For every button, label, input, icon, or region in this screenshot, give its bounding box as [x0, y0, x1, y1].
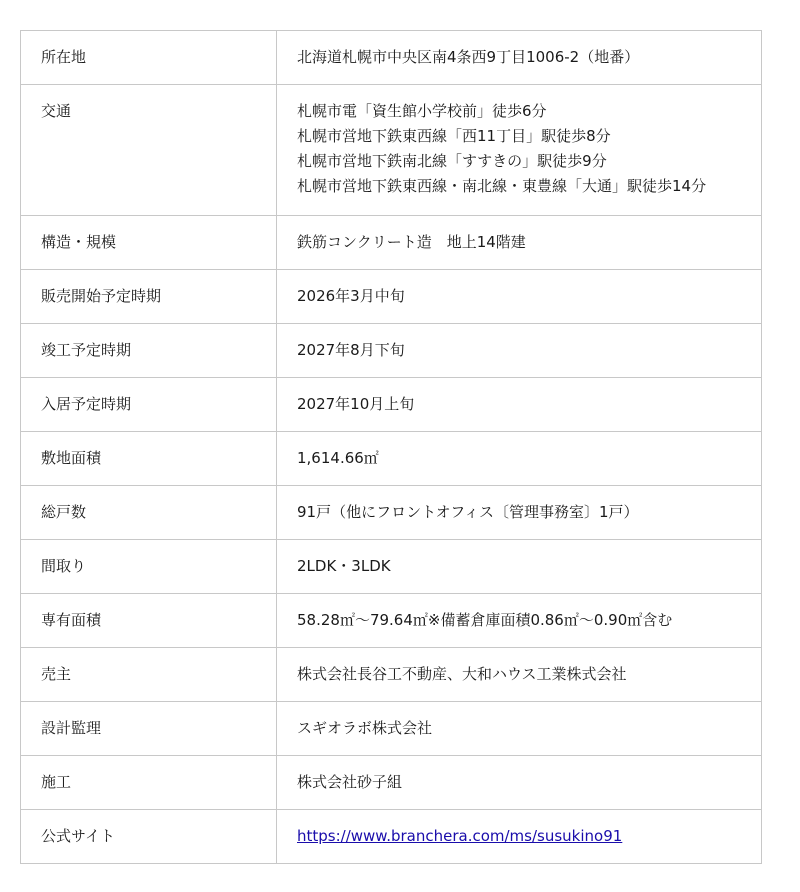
- table-row-site-area: 敷地面積 1,614.66㎡: [21, 432, 762, 486]
- row-label: 構造・規模: [21, 216, 277, 270]
- row-label: 専有面積: [21, 594, 277, 648]
- table-row-structure: 構造・規模 鉄筋コンクリート造 地上14階建: [21, 216, 762, 270]
- row-label: 設計監理: [21, 702, 277, 756]
- table-row-location: 所在地 北海道札幌市中央区南4条西9丁目1006-2（地番）: [21, 31, 762, 85]
- official-site-link[interactable]: https://www.branchera.com/ms/susukino91: [297, 827, 622, 845]
- row-label: 売主: [21, 648, 277, 702]
- row-label: 販売開始予定時期: [21, 270, 277, 324]
- row-value: 2027年10月上旬: [277, 378, 762, 432]
- row-value: 株式会社長谷工不動産、大和ハウス工業株式会社: [277, 648, 762, 702]
- row-value: 2026年3月中旬: [277, 270, 762, 324]
- row-label: 交通: [21, 85, 277, 216]
- row-label: 入居予定時期: [21, 378, 277, 432]
- table-row-floor-area: 専有面積 58.28㎡～79.64㎡※備蓄倉庫面積0.86㎡～0.90㎡含む: [21, 594, 762, 648]
- table-row-move-in: 入居予定時期 2027年10月上旬: [21, 378, 762, 432]
- table-row-construction: 施工 株式会社砂子組: [21, 756, 762, 810]
- row-value: 1,614.66㎡: [277, 432, 762, 486]
- table-row-access: 交通 札幌市電「資生館小学校前」徒歩6分 札幌市営地下鉄東西線「西11丁目」駅徒…: [21, 85, 762, 216]
- table-row-layout: 間取り 2LDK・3LDK: [21, 540, 762, 594]
- row-value: 鉄筋コンクリート造 地上14階建: [277, 216, 762, 270]
- table-row-sales-start: 販売開始予定時期 2026年3月中旬: [21, 270, 762, 324]
- row-value: 2027年8月下旬: [277, 324, 762, 378]
- table-row-design-supervision: 設計監理 スギオラボ株式会社: [21, 702, 762, 756]
- row-value: 北海道札幌市中央区南4条西9丁目1006-2（地番）: [277, 31, 762, 85]
- access-line: 札幌市電「資生館小学校前」徒歩6分: [297, 99, 741, 124]
- row-label: 敷地面積: [21, 432, 277, 486]
- row-value: スギオラボ株式会社: [277, 702, 762, 756]
- row-value: 91戸（他にフロントオフィス〔管理事務室〕1戸）: [277, 486, 762, 540]
- row-label: 施工: [21, 756, 277, 810]
- table-row-official-site: 公式サイト https://www.branchera.com/ms/susuk…: [21, 810, 762, 864]
- access-line: 札幌市営地下鉄東西線「西11丁目」駅徒歩8分: [297, 124, 741, 149]
- table-row-seller: 売主 株式会社長谷工不動産、大和ハウス工業株式会社: [21, 648, 762, 702]
- row-label: 公式サイト: [21, 810, 277, 864]
- table-row-total-units: 総戸数 91戸（他にフロントオフィス〔管理事務室〕1戸）: [21, 486, 762, 540]
- row-value: 株式会社砂子組: [277, 756, 762, 810]
- table-row-completion: 竣工予定時期 2027年8月下旬: [21, 324, 762, 378]
- row-label: 竣工予定時期: [21, 324, 277, 378]
- row-label: 総戸数: [21, 486, 277, 540]
- row-label: 所在地: [21, 31, 277, 85]
- row-value: https://www.branchera.com/ms/susukino91: [277, 810, 762, 864]
- row-value-access: 札幌市電「資生館小学校前」徒歩6分 札幌市営地下鉄東西線「西11丁目」駅徒歩8分…: [277, 85, 762, 216]
- row-value: 2LDK・3LDK: [277, 540, 762, 594]
- access-line: 札幌市営地下鉄南北線「すすきの」駅徒歩9分: [297, 149, 741, 174]
- row-value: 58.28㎡～79.64㎡※備蓄倉庫面積0.86㎡～0.90㎡含む: [277, 594, 762, 648]
- access-line: 札幌市営地下鉄東西線・南北線・東豊線「大通」駅徒歩14分: [297, 174, 741, 199]
- row-label: 間取り: [21, 540, 277, 594]
- property-spec-table: 所在地 北海道札幌市中央区南4条西9丁目1006-2（地番） 交通 札幌市電「資…: [20, 30, 762, 864]
